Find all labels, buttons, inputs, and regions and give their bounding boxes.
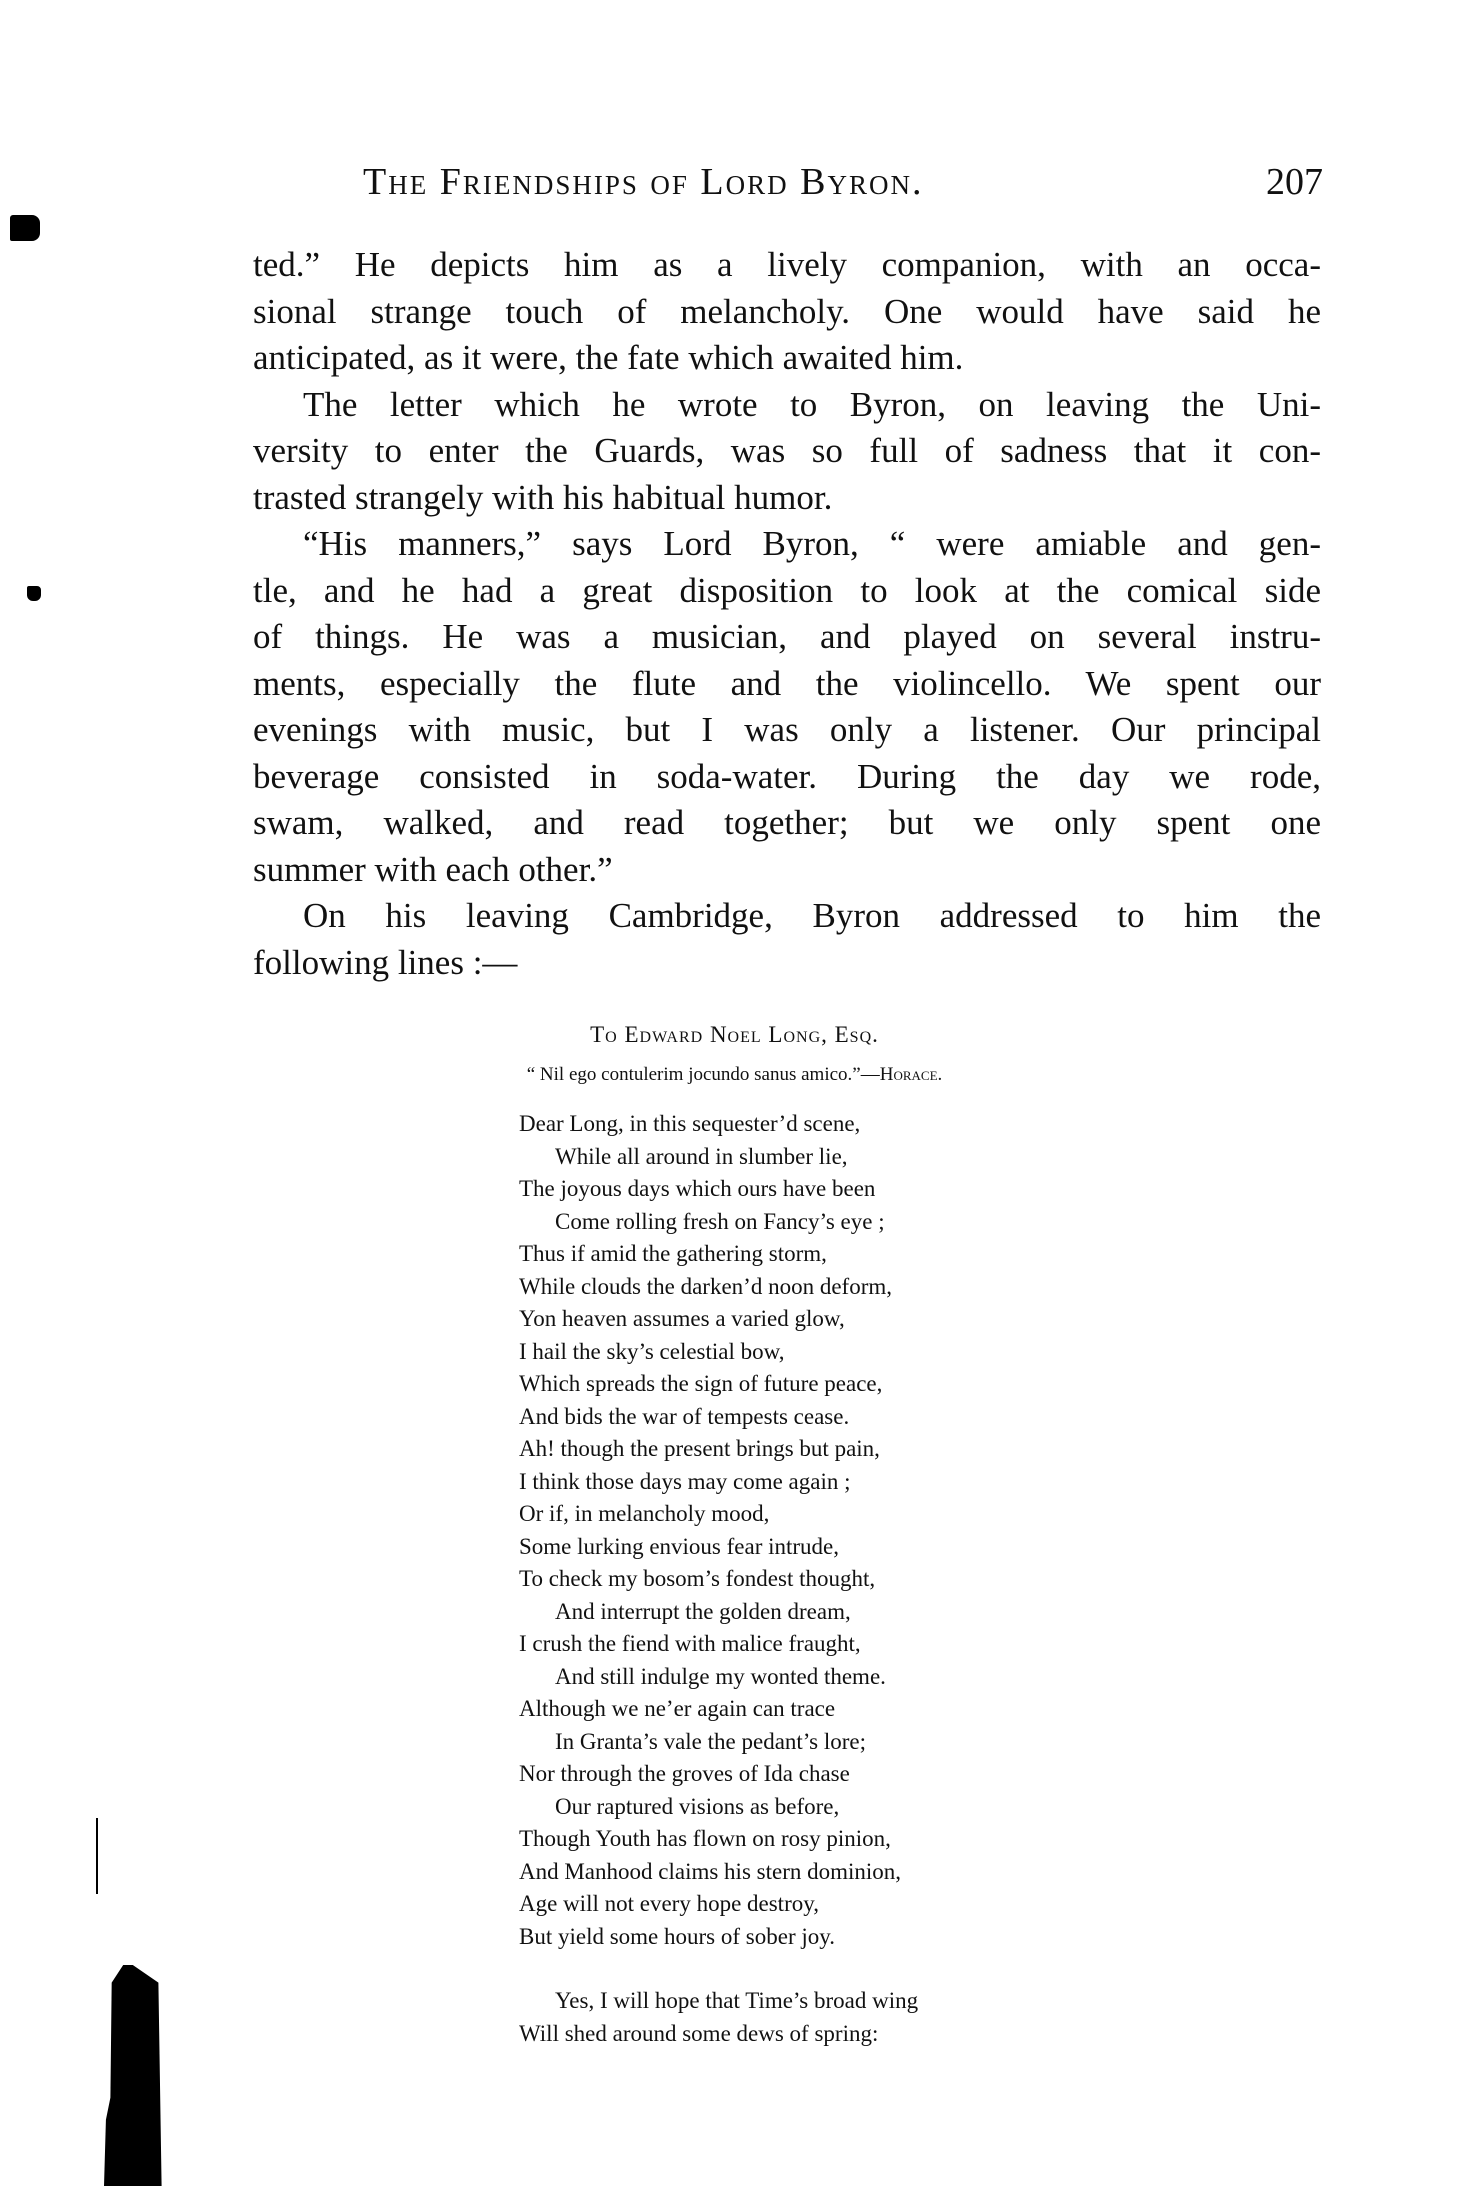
- prose-line: trasted strangely with his habitual humo…: [253, 475, 1321, 522]
- poem-line: Age will not every hope destroy,: [519, 1888, 918, 1921]
- prose-line: anticipated, as it were, the fate which …: [253, 335, 1321, 382]
- poem-line: I crush the fiend with malice fraught,: [519, 1628, 918, 1661]
- poem-line: In Granta’s vale the pedant’s lore;: [519, 1726, 918, 1759]
- poem-line: Yes, I will hope that Time’s broad wing: [519, 1985, 918, 2018]
- page-number: 207: [1266, 160, 1323, 204]
- prose-line: versity to enter the Guards, was so full…: [253, 428, 1321, 475]
- poem-line: Dear Long, in this sequester’d scene,: [519, 1108, 918, 1141]
- poem-line: And still indulge my wonted theme.: [519, 1661, 918, 1694]
- poem-line: Although we ne’er again can trace: [519, 1693, 918, 1726]
- prose-line: of things. He was a musician, and played…: [253, 614, 1321, 661]
- prose-line: ments, especially the flute and the viol…: [253, 661, 1321, 708]
- prose-line: summer with each other.”: [253, 847, 1321, 894]
- poem-line: While all around in slumber lie,: [519, 1141, 918, 1174]
- poem-line: Nor through the groves of Ida chase: [519, 1758, 918, 1791]
- poem-line: Ah! though the present brings but pain,: [519, 1433, 918, 1466]
- stanza-break: [519, 1953, 918, 1985]
- poem-line: Though Youth has flown on rosy pinion,: [519, 1823, 918, 1856]
- poem-line: I hail the sky’s celestial bow,: [519, 1336, 918, 1369]
- poem-line: Come rolling fresh on Fancy’s eye ;: [519, 1206, 918, 1239]
- scan-blot-top-left: [10, 215, 40, 241]
- poem-line: And interrupt the golden dream,: [519, 1596, 918, 1629]
- poem-line: While clouds the darken’d noon deform,: [519, 1271, 918, 1304]
- poem-line: I think those days may come again ;: [519, 1466, 918, 1499]
- prose-line: sional strange touch of melancholy. One …: [253, 289, 1321, 336]
- poem-line: And bids the war of tempests cease.: [519, 1401, 918, 1434]
- epigraph-author: Horace.: [880, 1064, 943, 1085]
- running-head: The Friendships of Lord Byron. 207: [363, 160, 1323, 210]
- poem-line: Some lurking envious fear intrude,: [519, 1531, 918, 1564]
- poem-line: But yield some hours of sober joy.: [519, 1921, 918, 1954]
- poem-epigraph: “ Nil ego contulerim jocundo sanus amico…: [0, 1064, 1469, 1086]
- epigraph-quote: “ Nil ego contulerim jocundo sanus amico…: [527, 1064, 880, 1085]
- prose-line: evenings with music, but I was only a li…: [253, 707, 1321, 754]
- running-title: The Friendships of Lord Byron.: [363, 160, 923, 204]
- prose-line: beverage consisted in soda-water. During…: [253, 754, 1321, 801]
- scan-line-left: [96, 1818, 98, 1894]
- prose-body: ted.” He depicts him as a lively compani…: [253, 242, 1321, 986]
- poem-line: Will shed around some dews of spring:: [519, 2018, 918, 2051]
- prose-line: The letter which he wrote to Byron, on l…: [253, 382, 1321, 429]
- prose-line: following lines :—: [253, 940, 1321, 987]
- poem-line: Yon heaven assumes a varied glow,: [519, 1303, 918, 1336]
- poem-line: Our raptured visions as before,: [519, 1791, 918, 1824]
- poem-line: To check my bosom’s fondest thought,: [519, 1563, 918, 1596]
- prose-line: “His manners,” says Lord Byron, “ were a…: [253, 521, 1321, 568]
- poem-title: To Edward Noel Long, Esq.: [0, 1022, 1469, 1048]
- poem-line: The joyous days which ours have been: [519, 1173, 918, 1206]
- prose-line: ted.” He depicts him as a lively compani…: [253, 242, 1321, 289]
- poem-line: Which spreads the sign of future peace,: [519, 1368, 918, 1401]
- poem-body: Dear Long, in this sequester’d scene,Whi…: [519, 1108, 918, 2050]
- poem-line: Thus if amid the gathering storm,: [519, 1238, 918, 1271]
- scan-blot-left: [27, 586, 41, 601]
- poem-line: And Manhood claims his stern dominion,: [519, 1856, 918, 1889]
- prose-line: tle, and he had a great disposition to l…: [253, 568, 1321, 615]
- prose-line: On his leaving Cambridge, Byron addresse…: [253, 893, 1321, 940]
- prose-line: swam, walked, and read together; but we …: [253, 800, 1321, 847]
- scan-binding-shadow: [104, 1965, 168, 2186]
- poem-line: Or if, in melancholy mood,: [519, 1498, 918, 1531]
